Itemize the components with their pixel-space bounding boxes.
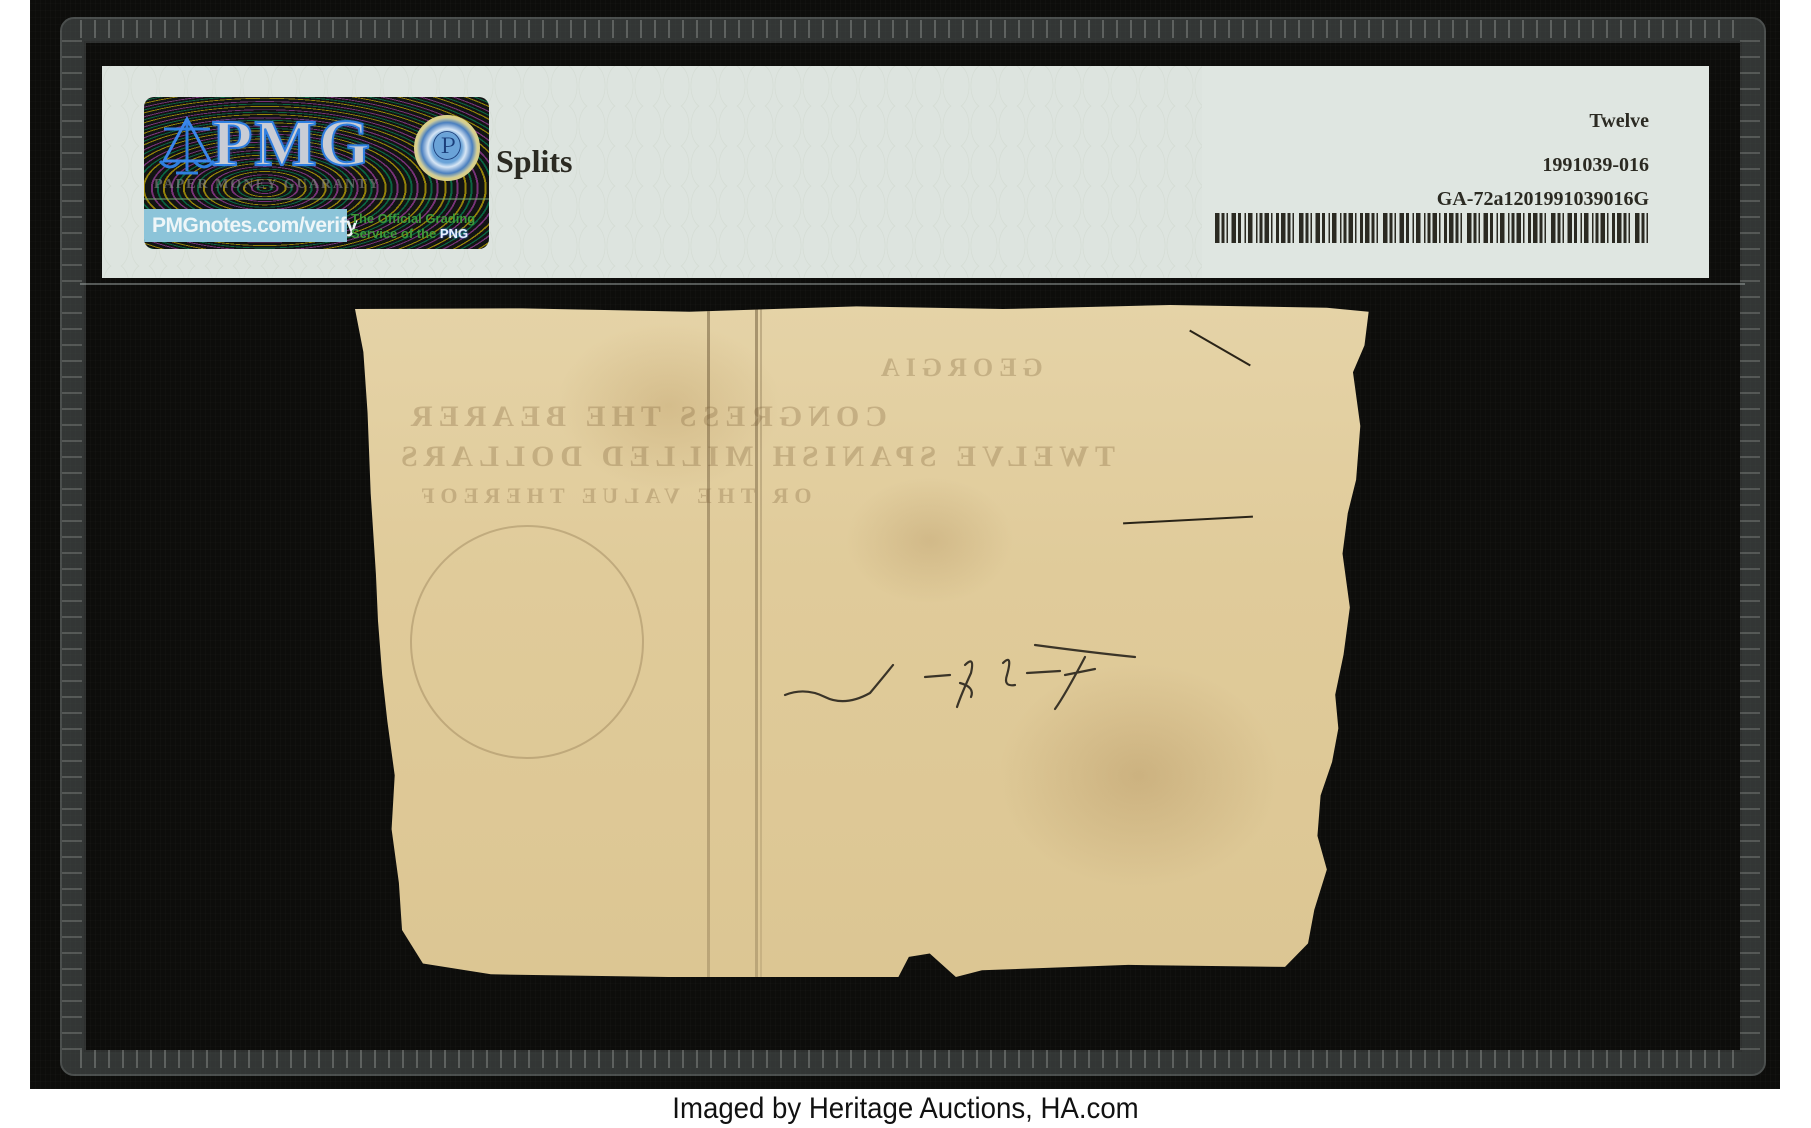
- bleed-through-text: GEORGIA: [875, 353, 1043, 383]
- tear: [1189, 330, 1251, 367]
- barcode: [1215, 213, 1648, 243]
- tear: [1123, 516, 1253, 525]
- bleed-through-text: TWELVE SPANISH MILLED DOLLARS: [395, 440, 1115, 474]
- official-line-2: Service of the PNG: [351, 226, 486, 241]
- banknote-reverse: GEORGIA CONGRESS THE BEARER TWELVE SPANI…: [355, 305, 1400, 977]
- certification-number: 1991039-016: [1542, 154, 1649, 177]
- official-line-2-text: Service of the: [351, 226, 436, 241]
- handwritten-notation: [775, 635, 1175, 715]
- pmg-logo-text: PMG: [212, 109, 372, 179]
- official-grading-text: The Official Grading Service of the PNG: [351, 209, 486, 244]
- png-logo: PNG: [440, 226, 468, 241]
- denomination: Twelve: [1589, 110, 1649, 133]
- caption: Imaged by Heritage Auctions, HA.com: [72, 1092, 1738, 1126]
- verify-url: PMGnotes.com/verify: [144, 209, 347, 242]
- holder-ridge-bottom: [80, 1050, 1740, 1068]
- bleed-through-text: CONGRESS THE BEARER: [405, 400, 887, 434]
- seal-glyph: Ⓟ: [417, 118, 477, 178]
- holder-ridge-right: [1740, 40, 1760, 1050]
- catalog-code: GA-72a1201991039016G: [1437, 188, 1649, 211]
- holder-ridge-top: [80, 20, 1740, 38]
- hologram-line: [144, 198, 489, 200]
- label-divider: [80, 283, 1745, 285]
- bleed-through-text: OR THE VALUE THEREOF: [415, 483, 812, 509]
- pmg-seal-icon: Ⓟ: [414, 115, 480, 181]
- official-line-1: The Official Grading: [351, 211, 486, 226]
- grade-designation: Splits: [496, 143, 572, 180]
- scales-of-justice-icon: [158, 115, 216, 177]
- holder-ridge-left: [62, 40, 82, 1050]
- seal-impression: [410, 525, 644, 759]
- pmg-hologram: PMG Ⓟ PAPER MONEY GUARANTY PMGnotes.com/…: [144, 97, 489, 249]
- pmg-tagline: PAPER MONEY GUARANTY: [154, 177, 381, 193]
